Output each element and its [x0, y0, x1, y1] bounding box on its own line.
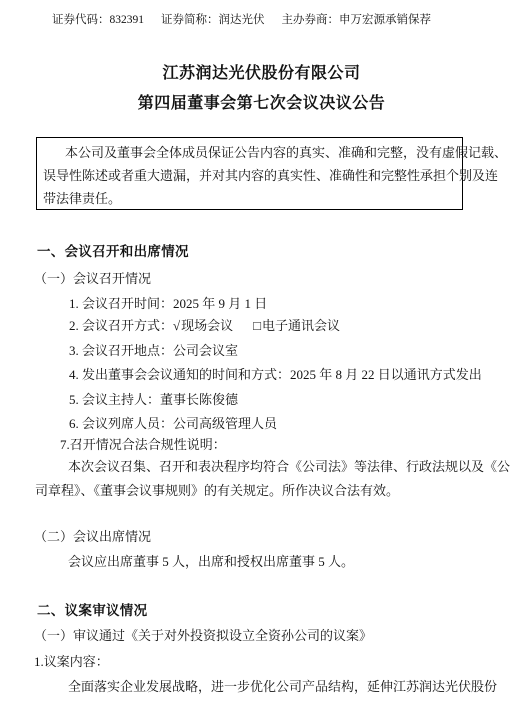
- meeting-place-item: 3. 会议召开地点：公司会议室: [69, 340, 238, 359]
- section1-heading: 一、会议召开和出席情况: [37, 240, 189, 260]
- check-mark-icon: √: [173, 318, 181, 334]
- meeting-host-item: 5. 会议主持人：董事长陈俊德: [69, 389, 238, 408]
- securities-header: 证券代码：832391 证券简称：润达光伏 主办券商：申万宏源承销保荐: [52, 11, 431, 27]
- legality-paragraph-line: 司章程》、《董事会议事规则》的有关规定。所作决议合法有效。: [35, 480, 399, 499]
- attendees-item: 6. 会议列席人员：公司高级管理人员: [69, 413, 277, 432]
- proposal-content-line: 全面落实企业发展战略，进一步优化公司产品结构，延伸江苏润达光伏股份: [68, 676, 497, 695]
- section1-sub1-heading: （一）会议召开情况: [34, 268, 151, 287]
- notice-time-item: 4. 发出董事会会议通知的时间和方式：2025 年 8 月 22 日以通讯方式发…: [69, 364, 482, 383]
- disclaimer-line: 误导性陈述或者重大遗漏，并对其内容的真实性、准确性和完整性承担个别及连: [43, 164, 456, 187]
- section1-sub2-heading: （二）会议出席情况: [34, 526, 151, 545]
- legality-item: 7.召开情况合法合规性说明：: [60, 434, 226, 453]
- onsite-meeting-option: 现场会议: [181, 318, 233, 333]
- sponsor: 主办券商：申万宏源承销保荐: [282, 11, 432, 27]
- section2-sub1-heading: （一）审议通过《关于对外投资拟设立全资孙公司的议案》: [34, 625, 372, 644]
- attendance-statement: 会议应出席董事 5 人，出席和授权出席董事 5 人。: [68, 551, 354, 570]
- telecom-meeting-option: 电子通讯会议: [262, 318, 340, 333]
- meeting-method-label: 2. 会议召开方式：: [69, 318, 173, 333]
- stock-abbr: 证券简称：润达光伏: [161, 11, 265, 27]
- legality-paragraph-line: 本次会议召集、召开和表决程序均符合《公司法》等法律、行政法规以及《公: [68, 456, 510, 475]
- disclaimer-line: 本公司及董事会全体成员保证公告内容的真实、准确和完整，没有虚假记载、: [43, 141, 456, 164]
- empty-checkbox-icon: □: [253, 318, 262, 334]
- stock-code: 证券代码：832391: [52, 11, 144, 27]
- section2-heading: 二、议案审议情况: [37, 599, 147, 619]
- meeting-method-item: 2. 会议召开方式：√现场会议□电子通讯会议: [69, 315, 340, 334]
- proposal-content-label: 1.议案内容：: [34, 651, 109, 670]
- company-title: 江苏润达光伏股份有限公司: [0, 60, 523, 83]
- disclaimer-box: 本公司及董事会全体成员保证公告内容的真实、准确和完整，没有虚假记载、 误导性陈述…: [36, 137, 463, 210]
- announcement-title: 第四届董事会第七次会议决议公告: [0, 90, 523, 113]
- announcement-page: 证券代码：832391 证券简称：润达光伏 主办券商：申万宏源承销保荐 江苏润达…: [0, 0, 523, 708]
- meeting-time-item: 1. 会议召开时间：2025 年 9 月 1 日: [69, 293, 267, 312]
- disclaimer-line: 带法律责任。: [43, 187, 456, 210]
